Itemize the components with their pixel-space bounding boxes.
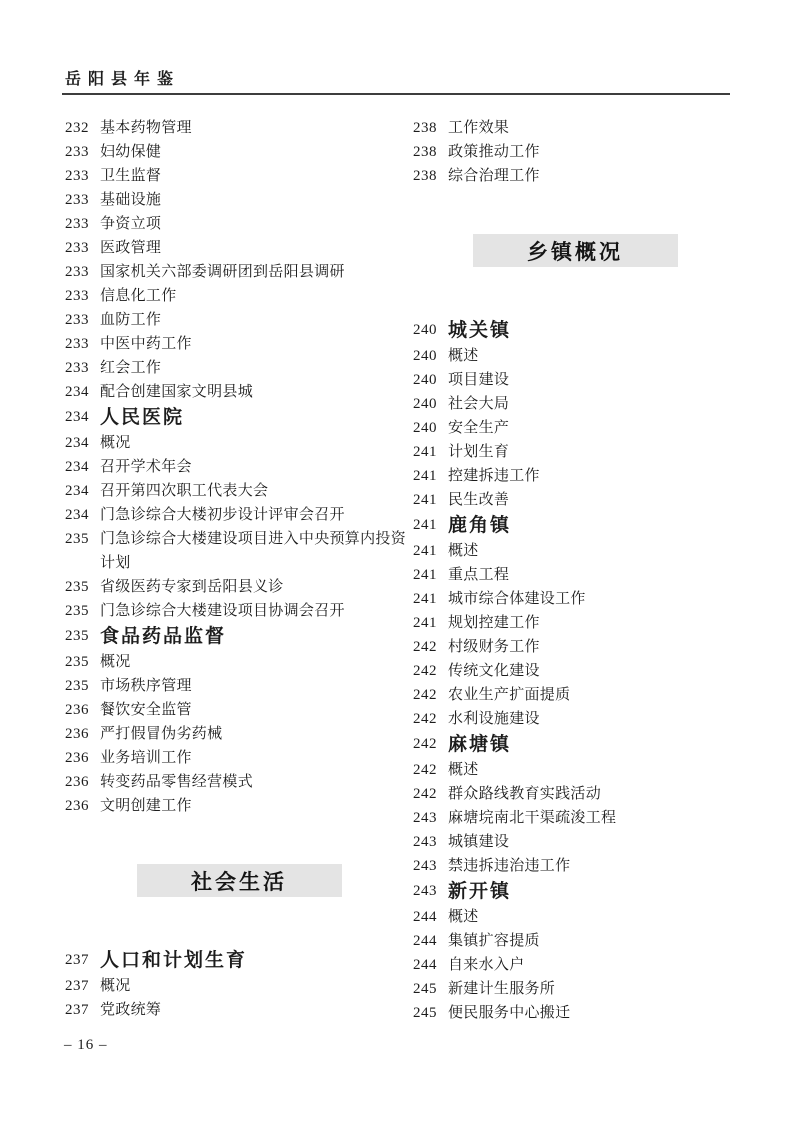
toc-entry-row: 240概述	[413, 344, 737, 368]
entry-title: 中医中药工作	[100, 337, 192, 352]
entry-page-number: 241	[413, 469, 448, 484]
header-rule	[62, 93, 730, 95]
entry-page-number: 236	[65, 703, 100, 718]
entry-title: 红会工作	[100, 361, 161, 376]
entry-page-number: 235	[65, 604, 100, 619]
entry-title: 严打假冒伪劣药械	[100, 727, 222, 742]
toc-entry-row: 240安全生产	[413, 416, 737, 440]
entry-page-number: 234	[65, 436, 100, 451]
toc-entry-row: 233基础设施	[65, 188, 413, 212]
entry-page-number: 244	[413, 958, 448, 973]
entry-title: 综合治理工作	[448, 169, 540, 184]
toc-entry-row: 241重点工程	[413, 563, 737, 587]
toc-entry-row: 243麻塘垸南北干渠疏浚工程	[413, 806, 737, 830]
entry-page-number: 234	[65, 385, 100, 400]
chapter-banner: 社会生活	[137, 864, 342, 897]
toc-entry-row: 234配合创建国家文明县城	[65, 380, 413, 404]
toc-entry-row: 233国家机关六部委调研团到岳阳县调研	[65, 260, 413, 284]
entry-title: 争资立项	[100, 217, 161, 232]
toc-entry-row: 233红会工作	[65, 356, 413, 380]
entry-page-number: 233	[65, 193, 100, 208]
toc-entry-row: 240项目建设	[413, 368, 737, 392]
entry-title: 水利设施建设	[448, 712, 540, 727]
entry-title: 概况	[100, 655, 131, 670]
toc-column-left: 232基本药物管理233妇幼保健233卫生监督233基础设施233争资立项233…	[65, 116, 413, 1022]
toc-entry-row: 235市场秩序管理	[65, 674, 413, 698]
toc-entry-row: 235概况	[65, 650, 413, 674]
entry-title: 概述	[448, 349, 479, 364]
section-title: 新开镇	[448, 882, 511, 901]
footer-page-number: – 16 –	[64, 1037, 108, 1054]
entry-title: 党政统筹	[100, 1003, 161, 1018]
entry-page-number: 233	[65, 241, 100, 256]
entry-page-number: 234	[65, 484, 100, 499]
toc-entry-row: 236文明创建工作	[65, 794, 413, 818]
entry-title: 集镇扩容提质	[448, 934, 540, 949]
toc-entry-row: 241民生改善	[413, 488, 737, 512]
toc-entry-row: 237概况	[65, 974, 413, 998]
entry-title: 概况	[100, 979, 131, 994]
toc-entry-row: 241计划生育	[413, 440, 737, 464]
entry-title: 麻塘垸南北干渠疏浚工程	[448, 811, 616, 826]
entry-page-number: 242	[413, 737, 448, 752]
entry-title: 门急诊综合大楼建设项目进入中央预算内投资	[100, 532, 406, 547]
entry-page-number: 233	[65, 289, 100, 304]
entry-title-continued: 计划	[100, 556, 131, 571]
entry-page-number: 240	[413, 373, 448, 388]
toc-entry-row: 243禁违拆违治违工作	[413, 854, 737, 878]
entry-page-number: 241	[413, 616, 448, 631]
entry-page-number: 240	[413, 323, 448, 338]
toc-entry-row: 235省级医药专家到岳阳县义诊	[65, 575, 413, 599]
entry-title: 转变药品零售经营模式	[100, 775, 253, 790]
toc-entry-row: 242概述	[413, 758, 737, 782]
entry-title: 规划控建工作	[448, 616, 540, 631]
entry-title: 传统文化建设	[448, 664, 540, 679]
toc-entry-row: 233信息化工作	[65, 284, 413, 308]
entry-title: 门急诊综合大楼建设项目协调会召开	[100, 604, 345, 619]
toc-section-row: 235食品药品监督	[65, 623, 413, 650]
entry-title: 农业生产扩面提质	[448, 688, 570, 703]
entry-page-number: 241	[413, 568, 448, 583]
entry-page-number: 243	[413, 811, 448, 826]
entry-title: 控建拆违工作	[448, 469, 540, 484]
entry-page-number: 242	[413, 664, 448, 679]
entry-page-number: 233	[65, 313, 100, 328]
entry-page-number: 238	[413, 145, 448, 160]
toc-entry-row: 236严打假冒伪劣药械	[65, 722, 413, 746]
entry-page-number: 242	[413, 763, 448, 778]
entry-page-number: 233	[65, 361, 100, 376]
toc-section-row: 241鹿角镇	[413, 512, 737, 539]
entry-page-number: 233	[65, 217, 100, 232]
entry-page-number: 242	[413, 640, 448, 655]
toc-section-row: 234人民医院	[65, 404, 413, 431]
toc-entry-row: 241概述	[413, 539, 737, 563]
entry-page-number: 235	[65, 532, 100, 547]
entry-page-number: 245	[413, 1006, 448, 1021]
entry-title: 政策推动工作	[448, 145, 540, 160]
entry-title: 新建计生服务所	[448, 982, 555, 997]
entry-page-number: 245	[413, 982, 448, 997]
toc-entry-row: 242农业生产扩面提质	[413, 683, 737, 707]
entry-page-number: 235	[65, 679, 100, 694]
entry-title: 业务培训工作	[100, 751, 192, 766]
entry-page-number: 244	[413, 910, 448, 925]
entry-title: 社会大局	[448, 397, 509, 412]
toc-entry-row: 240社会大局	[413, 392, 737, 416]
entry-page-number: 241	[413, 592, 448, 607]
entry-title: 配合创建国家文明县城	[100, 385, 253, 400]
toc-entry-row: 241控建拆违工作	[413, 464, 737, 488]
entry-title: 村级财务工作	[448, 640, 540, 655]
toc-entry-row: 234门急诊综合大楼初步设计评审会召开	[65, 503, 413, 527]
entry-page-number: 241	[413, 493, 448, 508]
entry-title: 工作效果	[448, 121, 509, 136]
entry-title: 城市综合体建设工作	[448, 592, 586, 607]
entry-title: 召开学术年会	[100, 460, 192, 475]
entry-title: 医政管理	[100, 241, 161, 256]
entry-title: 基本药物管理	[100, 121, 192, 136]
entry-title: 省级医药专家到岳阳县义诊	[100, 580, 284, 595]
entry-page-number: 237	[65, 1003, 100, 1018]
section-title: 鹿角镇	[448, 516, 511, 535]
entry-title: 召开第四次职工代表大会	[100, 484, 268, 499]
toc-entry-row: 243城镇建设	[413, 830, 737, 854]
entry-page-number: 236	[65, 751, 100, 766]
toc-section-row: 240城关镇	[413, 317, 737, 344]
toc-entry-row: 244集镇扩容提质	[413, 929, 737, 953]
toc-entry-row: 244自来水入户	[413, 953, 737, 977]
entry-title: 妇幼保健	[100, 145, 161, 160]
entry-page-number: 238	[413, 169, 448, 184]
entry-page-number: 236	[65, 799, 100, 814]
entry-title: 禁违拆违治违工作	[448, 859, 570, 874]
toc-entry-row: 236餐饮安全监管	[65, 698, 413, 722]
entry-page-number: 237	[65, 979, 100, 994]
toc-entry-row: 237党政统筹	[65, 998, 413, 1022]
chapter-banner-title: 乡镇概况	[527, 236, 623, 266]
entry-title: 信息化工作	[100, 289, 177, 304]
entry-page-number: 233	[65, 145, 100, 160]
toc-entry-row: 233争资立项	[65, 212, 413, 236]
entry-title: 重点工程	[448, 568, 509, 583]
yearbook-toc-page: 岳阳县年鉴 232基本药物管理233妇幼保健233卫生监督233基础设施233争…	[0, 0, 793, 1122]
toc-entry-row: 234概况	[65, 431, 413, 455]
entry-page-number: 232	[65, 121, 100, 136]
toc-entry-row: 233卫生监督	[65, 164, 413, 188]
entry-title: 概况	[100, 436, 131, 451]
section-title: 城关镇	[448, 321, 511, 340]
toc-entry-continuation-row: 计划	[65, 551, 413, 575]
entry-page-number: 242	[413, 712, 448, 727]
entry-title: 文明创建工作	[100, 799, 192, 814]
entry-page-number: 240	[413, 349, 448, 364]
section-title: 食品药品监督	[100, 627, 226, 646]
toc-entry-row: 235门急诊综合大楼建设项目进入中央预算内投资	[65, 527, 413, 551]
entry-page-number: 235	[65, 580, 100, 595]
entry-page-number: 233	[65, 265, 100, 280]
toc-entry-row: 238政策推动工作	[413, 140, 737, 164]
entry-page-number: 244	[413, 934, 448, 949]
toc-section-row: 243新开镇	[413, 878, 737, 905]
entry-page-number: 233	[65, 337, 100, 352]
entry-page-number: 235	[65, 629, 100, 644]
entry-title: 市场秩序管理	[100, 679, 192, 694]
entry-page-number: 241	[413, 518, 448, 533]
entry-title: 门急诊综合大楼初步设计评审会召开	[100, 508, 345, 523]
entry-title: 民生改善	[448, 493, 509, 508]
chapter-banner-title: 社会生活	[191, 866, 287, 896]
toc-column-right: 238工作效果238政策推动工作238综合治理工作乡镇概况240城关镇240概述…	[413, 116, 737, 1025]
toc-entry-row: 238综合治理工作	[413, 164, 737, 188]
entry-title: 血防工作	[100, 313, 161, 328]
entry-title: 概述	[448, 763, 479, 778]
entry-page-number: 240	[413, 397, 448, 412]
entry-page-number: 240	[413, 421, 448, 436]
entry-page-number: 242	[413, 787, 448, 802]
entry-title: 概述	[448, 544, 479, 559]
toc-entry-row: 232基本药物管理	[65, 116, 413, 140]
entry-title: 自来水入户	[448, 958, 525, 973]
toc-entry-row: 236转变药品零售经营模式	[65, 770, 413, 794]
entry-page-number: 238	[413, 121, 448, 136]
toc-entry-row: 245新建计生服务所	[413, 977, 737, 1001]
entry-page-number: 234	[65, 508, 100, 523]
entry-page-number: 243	[413, 835, 448, 850]
toc-section-row: 237人口和计划生育	[65, 947, 413, 974]
toc-entry-row: 244概述	[413, 905, 737, 929]
toc-entry-row: 233中医中药工作	[65, 332, 413, 356]
entry-title: 安全生产	[448, 421, 509, 436]
section-title: 麻塘镇	[448, 735, 511, 754]
section-title: 人口和计划生育	[100, 951, 247, 970]
toc-entry-row: 242水利设施建设	[413, 707, 737, 731]
toc-entry-row: 242村级财务工作	[413, 635, 737, 659]
toc-entry-row: 245便民服务中心搬迁	[413, 1001, 737, 1025]
entry-page-number: 234	[65, 410, 100, 425]
chapter-banner: 乡镇概况	[473, 234, 678, 267]
toc-entry-row: 242群众路线教育实践活动	[413, 782, 737, 806]
toc-entry-row: 233血防工作	[65, 308, 413, 332]
entry-page-number: 233	[65, 169, 100, 184]
entry-page-number: 241	[413, 445, 448, 460]
entry-title: 城镇建设	[448, 835, 509, 850]
toc-entry-row: 238工作效果	[413, 116, 737, 140]
entry-title: 国家机关六部委调研团到岳阳县调研	[100, 265, 345, 280]
toc-entry-row: 236业务培训工作	[65, 746, 413, 770]
entry-title: 基础设施	[100, 193, 161, 208]
toc-section-row: 242麻塘镇	[413, 731, 737, 758]
entry-title: 便民服务中心搬迁	[448, 1006, 570, 1021]
toc-entry-row: 241规划控建工作	[413, 611, 737, 635]
toc-entry-row: 235门急诊综合大楼建设项目协调会召开	[65, 599, 413, 623]
entry-page-number: 243	[413, 884, 448, 899]
entry-page-number: 237	[65, 953, 100, 968]
entry-page-number: 236	[65, 727, 100, 742]
entry-title: 餐饮安全监管	[100, 703, 192, 718]
toc-content: 232基本药物管理233妇幼保健233卫生监督233基础设施233争资立项233…	[65, 116, 745, 1025]
page-title: 岳阳县年鉴	[65, 66, 180, 89]
entry-page-number: 234	[65, 460, 100, 475]
entry-page-number: 243	[413, 859, 448, 874]
entry-page-number: 235	[65, 655, 100, 670]
toc-entry-row: 241城市综合体建设工作	[413, 587, 737, 611]
entry-page-number: 241	[413, 544, 448, 559]
toc-entry-row: 234召开第四次职工代表大会	[65, 479, 413, 503]
section-title: 人民医院	[100, 408, 184, 427]
toc-entry-row: 234召开学术年会	[65, 455, 413, 479]
entry-page-number: 236	[65, 775, 100, 790]
entry-title: 项目建设	[448, 373, 509, 388]
entry-title: 卫生监督	[100, 169, 161, 184]
entry-title: 计划生育	[448, 445, 509, 460]
entry-title: 概述	[448, 910, 479, 925]
entry-page-number: 242	[413, 688, 448, 703]
toc-entry-row: 233妇幼保健	[65, 140, 413, 164]
toc-entry-row: 233医政管理	[65, 236, 413, 260]
entry-title: 群众路线教育实践活动	[448, 787, 601, 802]
toc-entry-row: 242传统文化建设	[413, 659, 737, 683]
